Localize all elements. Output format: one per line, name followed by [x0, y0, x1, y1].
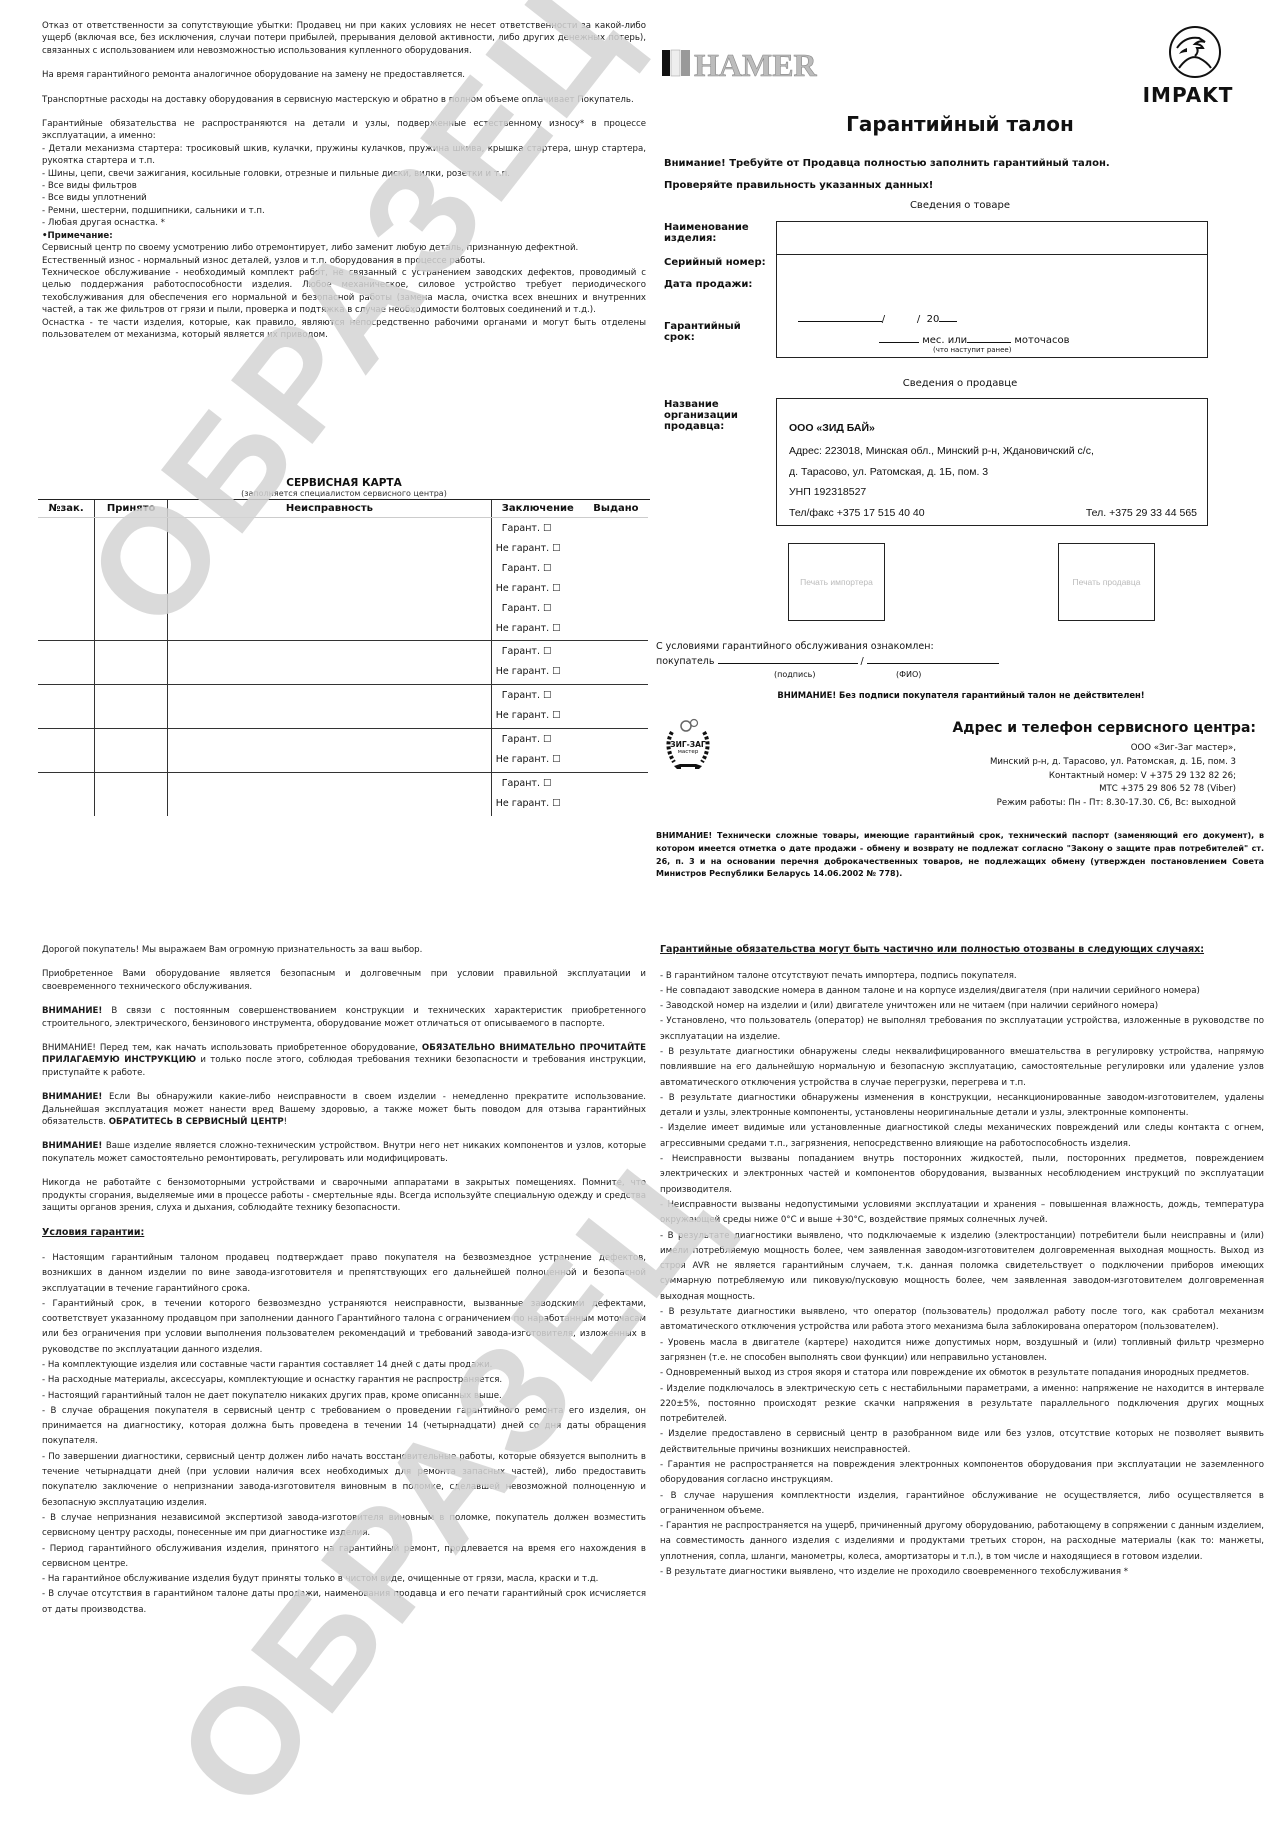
condition-item: - Период гарантийного обслуживания издел…	[42, 1542, 646, 1573]
order-number-cell[interactable]	[38, 773, 95, 817]
hamer-logo: HAMER	[662, 46, 852, 85]
seller-label: Название организации продавца:	[664, 399, 744, 432]
condition-item: - Настоящий гарантийный талон не дает по…	[42, 1389, 646, 1404]
revocation-item: - Гарантия не распространяется на ущерб,…	[660, 1519, 1264, 1565]
service-card-row: Гарант. ☐Не гарант. ☐ Гарант. ☐Не гарант…	[38, 518, 648, 641]
non-guarantee-checkbox[interactable]: Не гарант. ☐	[496, 619, 583, 639]
issued-cell[interactable]	[584, 641, 648, 685]
non-guarantee-checkbox[interactable]: Не гарант. ☐	[496, 706, 583, 726]
service-center-line: Режим работы: Пн - Пт: 8.30-17.30. Сб, В…	[880, 797, 1236, 811]
bottom-left-terms: Дорогой покупатель! Мы выражаем Вам огро…	[42, 944, 646, 1618]
revocation-item: - Изделие имеет видимые или установленны…	[660, 1121, 1264, 1152]
fio-line[interactable]	[867, 653, 999, 664]
service-center-line: МТС +375 29 806 52 78 (Viber)	[880, 783, 1236, 797]
wear-item: - Шины, цепи, свечи зажигания, косильные…	[42, 168, 646, 180]
seller-address-1: Адрес: 223018, Минская обл., Минский р-н…	[789, 445, 1094, 457]
accepted-cell[interactable]	[95, 518, 168, 641]
fault-cell[interactable]	[168, 729, 492, 773]
revocation-item: - Неисправности вызваны недопустимыми ус…	[660, 1198, 1264, 1229]
fio-caption: (ФИО)	[896, 668, 921, 681]
issued-cell[interactable]	[584, 685, 648, 729]
conditions-list: - Настоящим гарантийным талоном продавец…	[42, 1251, 646, 1618]
condition-item: - Настоящим гарантийным талоном продавец…	[42, 1251, 646, 1297]
service-card: СЕРВИСНАЯ КАРТА (заполняется специалисто…	[38, 477, 650, 816]
wear-items-list: - Детали механизма стартера: тросиковый …	[42, 143, 646, 230]
revocation-item: - Установлено, что пользователь (операто…	[660, 1014, 1264, 1045]
service-center-line: ООО «Зиг-Заг мастер»,	[880, 742, 1236, 756]
service-center-line: Контактный номер: V +375 29 132 82 26;	[880, 770, 1236, 784]
revocation-item: - Одновременный выход из строя якоря и с…	[660, 1366, 1264, 1381]
service-center-details: ООО «Зиг-Заг мастер»,Минский р-н, д. Тар…	[880, 742, 1236, 811]
order-number-cell[interactable]	[38, 518, 95, 641]
fault-cell[interactable]	[168, 773, 492, 817]
wear-item: - Любая другая оснастка. *	[42, 217, 646, 229]
note-line: Естественный износ - нормальный износ де…	[42, 255, 646, 267]
condition-item: - Гарантийный срок, в течении которого б…	[42, 1297, 646, 1358]
never-work-indoors: Никогда не работайте с бензомоторными ус…	[42, 1177, 646, 1214]
revocation-item: - Уровень масла в двигателе (картере) на…	[660, 1336, 1264, 1367]
guarantee-checkbox[interactable]: Гарант. ☐	[496, 730, 583, 750]
col-order-number: №зак.	[38, 500, 95, 518]
non-guarantee-checkbox[interactable]: Не гарант. ☐	[496, 794, 583, 814]
service-card-row: Гарант. ☐Не гарант. ☐	[38, 729, 648, 773]
attention-design-changes: ВНИМАНИЕ! В связи с постоянным совершенс…	[42, 1005, 646, 1030]
accepted-cell[interactable]	[95, 729, 168, 773]
issued-cell[interactable]	[584, 773, 648, 817]
service-card-table: №зак. Принято Неисправность Заключение В…	[38, 500, 648, 816]
note-line: Техническое обслуживание - необходимый к…	[42, 267, 646, 317]
non-guarantee-checkbox[interactable]: Не гарант. ☐	[496, 662, 583, 682]
guarantee-checkbox[interactable]: Гарант. ☐	[496, 559, 583, 579]
revocation-item: - В результате диагностики выявлено, что…	[660, 1305, 1264, 1336]
service-center-line: Минский р-н, д. Тарасово, ул. Ратомская,…	[880, 756, 1236, 770]
bottom-right-terms: Гарантийные обязательства могут быть час…	[660, 944, 1264, 1580]
warranty-term-field[interactable]: мес. или моточасов	[879, 332, 1069, 346]
revocation-item: - Гарантия не распространяется на повреж…	[660, 1458, 1264, 1489]
revocation-item: - В гарантийном талоне отсутствуют печат…	[660, 969, 1264, 984]
disclaimer-text: Отказ от ответственности за сопутствующи…	[42, 20, 646, 57]
zigzag-logo: ЗИГ-ЗАГ мастер	[664, 718, 712, 778]
guarantee-checkbox[interactable]: Гарант. ☐	[496, 774, 583, 794]
service-card-subtitle: (заполняется специалистом сервисного цен…	[38, 489, 650, 500]
signature-line[interactable]	[718, 653, 858, 664]
wear-intro-text: Гарантийные обязательства не распростран…	[42, 118, 646, 143]
wear-item: - Ремни, шестерни, подшипники, сальники …	[42, 205, 646, 217]
buyer-label: покупатель	[656, 656, 714, 667]
non-guarantee-checkbox[interactable]: Не гарант. ☐	[496, 539, 583, 559]
safe-use-text: Приобретенное Вами оборудование является…	[42, 968, 646, 993]
attention-complex-device: ВНИМАНИЕ! Ваше изделие является сложно-т…	[42, 1140, 646, 1165]
revocation-item: - Заводской номер на изделии и (или) дви…	[660, 999, 1264, 1014]
fault-cell[interactable]	[168, 685, 492, 729]
warranty-title: Гарантийный талон	[660, 112, 1260, 136]
accepted-cell[interactable]	[95, 685, 168, 729]
accepted-cell[interactable]	[95, 773, 168, 817]
guarantee-checkbox[interactable]: Гарант. ☐	[496, 519, 583, 539]
revocation-item: - В случае нарушения комплектности издел…	[660, 1489, 1264, 1520]
accepted-cell[interactable]	[95, 641, 168, 685]
service-card-row: Гарант. ☐Не гарант. ☐	[38, 773, 648, 817]
transport-text: Транспортные расходы на доставку оборудо…	[42, 94, 646, 106]
guarantee-checkbox[interactable]: Гарант. ☐	[496, 686, 583, 706]
conclusion-cell: Гарант. ☐Не гарант. ☐	[491, 685, 584, 729]
zigzag-logo-subtext: мастер	[664, 749, 712, 755]
seller-unp: УНП 192318527	[789, 486, 866, 498]
service-center-title: Адрес и телефон сервисного центра:	[900, 720, 1256, 736]
wear-item: - Детали механизма стартера: тросиковый …	[42, 143, 646, 168]
wear-item: - Все виды фильтров	[42, 180, 646, 192]
top-left-terms: Отказ от ответственности за сопутствующи…	[42, 20, 646, 341]
fault-cell[interactable]	[168, 641, 492, 685]
seller-address-2: д. Тарасово, ул. Ратомская, д. 1Б, пом. …	[789, 466, 988, 478]
buyer-acknowledgement: С условиями гарантийного обслуживания оз…	[656, 640, 999, 680]
condition-item: - На расходные материалы, аксессуары, ко…	[42, 1373, 646, 1388]
condition-item: - На гарантийное обслуживание изделия бу…	[42, 1572, 646, 1587]
seller-section-title: Сведения о продавце	[660, 378, 1260, 389]
note-title: •Примечание:	[42, 230, 646, 242]
impakt-logo: IMPAKT	[1145, 24, 1245, 107]
note-lines-list: Сервисный центр по своему усмотрению либ…	[42, 242, 646, 341]
warranty-term-label: Гарантийный срок:	[664, 321, 754, 343]
revocation-title: Гарантийные обязательства могут быть час…	[660, 944, 1264, 957]
seller-name: ООО «ЗИД БАЙ»	[789, 422, 875, 434]
sale-date-field[interactable]: / / 20	[785, 300, 957, 336]
col-issued: Выдано	[584, 500, 648, 518]
importer-stamp-box: Печать импортера	[788, 543, 885, 621]
signature-caption: (подпись)	[774, 668, 815, 681]
revocation-item: - В результате диагностики выявлено, что…	[660, 1229, 1264, 1305]
non-guarantee-checkbox[interactable]: Не гарант. ☐	[496, 750, 583, 770]
revocation-item: - Изделие предоставлено в сервисный цент…	[660, 1427, 1264, 1458]
attention-fill-card: Внимание! Требуйте от Продавца полностью…	[664, 158, 1110, 169]
wear-item: - Все виды уплотнений	[42, 192, 646, 204]
revocation-item: - Не совпадают заводские номера в данном…	[660, 984, 1264, 999]
note-line: Оснастка - те части изделия, которые, ка…	[42, 317, 646, 342]
eagle-icon	[1167, 24, 1223, 80]
seller-info-box: ООО «ЗИД БАЙ» Адрес: 223018, Минская обл…	[776, 398, 1208, 526]
revocation-item: - Изделие подключалось в электрическую с…	[660, 1382, 1264, 1428]
order-number-cell[interactable]	[38, 641, 95, 685]
conditions-title: Условия гарантии:	[42, 1227, 646, 1239]
zigzag-logo-text: ЗИГ-ЗАГ	[664, 740, 712, 749]
impakt-brand-text: IMPAKT	[1131, 83, 1245, 107]
guarantee-checkbox[interactable]: Гарант. ☐	[496, 642, 583, 662]
serial-label: Серийный номер:	[664, 257, 766, 268]
non-guarantee-checkbox[interactable]: Не гарант. ☐	[496, 579, 583, 599]
revocation-item: - В результате диагностики обнаружены из…	[660, 1091, 1264, 1122]
seller-stamp-box: Печать продавца	[1058, 543, 1155, 621]
attention-malfunction: ВНИМАНИЕ! Если Вы обнаружили какие-либо …	[42, 1091, 646, 1128]
note-line: Сервисный центр по своему усмотрению либ…	[42, 242, 646, 254]
no-replacement-text: На время гарантийного ремонта аналогично…	[42, 69, 646, 81]
acknowledged-text: С условиями гарантийного обслуживания оз…	[656, 640, 999, 653]
col-conclusion: Заключение	[491, 500, 584, 518]
conclusion-cell: Гарант. ☐Не гарант. ☐	[491, 729, 584, 773]
product-info-box: / / 20 мес. или моточасов (что наступит …	[776, 221, 1208, 358]
complex-goods-notice: ВНИМАНИЕ! Технически сложные товары, име…	[656, 830, 1264, 881]
conclusion-cell: Гарант. ☐Не гарант. ☐ Гарант. ☐Не гарант…	[491, 518, 584, 641]
fault-cell[interactable]	[168, 518, 492, 641]
product-section-title: Сведения о товаре	[660, 200, 1260, 211]
condition-item: - В случае непризнания независимой экспе…	[42, 1511, 646, 1542]
term-note: (что наступит ранее)	[933, 346, 1011, 354]
revocation-item: - В результате диагностики выявлено, что…	[660, 1565, 1264, 1580]
service-card-title: СЕРВИСНАЯ КАРТА	[38, 477, 650, 489]
conclusion-cell: Гарант. ☐Не гарант. ☐	[491, 641, 584, 685]
condition-item: - В случае отсутствия в гарантийном тало…	[42, 1587, 646, 1618]
issued-cell[interactable]	[584, 729, 648, 773]
conclusion-cell: Гарант. ☐Не гарант. ☐	[491, 773, 584, 817]
service-card-row: Гарант. ☐Не гарант. ☐	[38, 641, 648, 685]
condition-item: - В случае обращения покупателя в сервис…	[42, 1404, 646, 1450]
product-name-field[interactable]	[781, 224, 1201, 252]
guarantee-checkbox[interactable]: Гарант. ☐	[496, 599, 583, 619]
seller-fax: Тел/факс +375 17 515 40 40	[789, 507, 925, 519]
product-name-label: Наименование изделия:	[664, 222, 764, 244]
seller-phone: Тел. +375 29 33 44 565	[1086, 507, 1197, 519]
revocation-list: - В гарантийном талоне отсутствуют печат…	[660, 969, 1264, 1581]
attention-check-data: Проверяйте правильность указанных данных…	[664, 180, 933, 191]
svg-text:HAMER: HAMER	[694, 47, 818, 80]
attention-read-manual: ВНИМАНИЕ! Перед тем, как начать использо…	[42, 1042, 646, 1079]
serial-number-field[interactable]	[781, 256, 1201, 278]
no-signature-warning: ВНИМАНИЕ! Без подписи покупателя гаранти…	[656, 690, 1266, 700]
condition-item: - По завершении диагностики, сервисный ц…	[42, 1450, 646, 1511]
condition-item: - На комплектующие изделия или составные…	[42, 1358, 646, 1373]
revocation-item: - В результате диагностики обнаружены сл…	[660, 1045, 1264, 1091]
service-card-row: Гарант. ☐Не гарант. ☐	[38, 685, 648, 729]
greeting-text: Дорогой покупатель! Мы выражаем Вам огро…	[42, 944, 646, 956]
order-number-cell[interactable]	[38, 685, 95, 729]
order-number-cell[interactable]	[38, 729, 95, 773]
issued-cell[interactable]	[584, 518, 648, 641]
revocation-item: - Неисправности вызваны попаданием внутр…	[660, 1152, 1264, 1198]
col-fault: Неисправность	[168, 500, 492, 518]
col-accepted: Принято	[95, 500, 168, 518]
sale-date-label: Дата продажи:	[664, 279, 752, 290]
